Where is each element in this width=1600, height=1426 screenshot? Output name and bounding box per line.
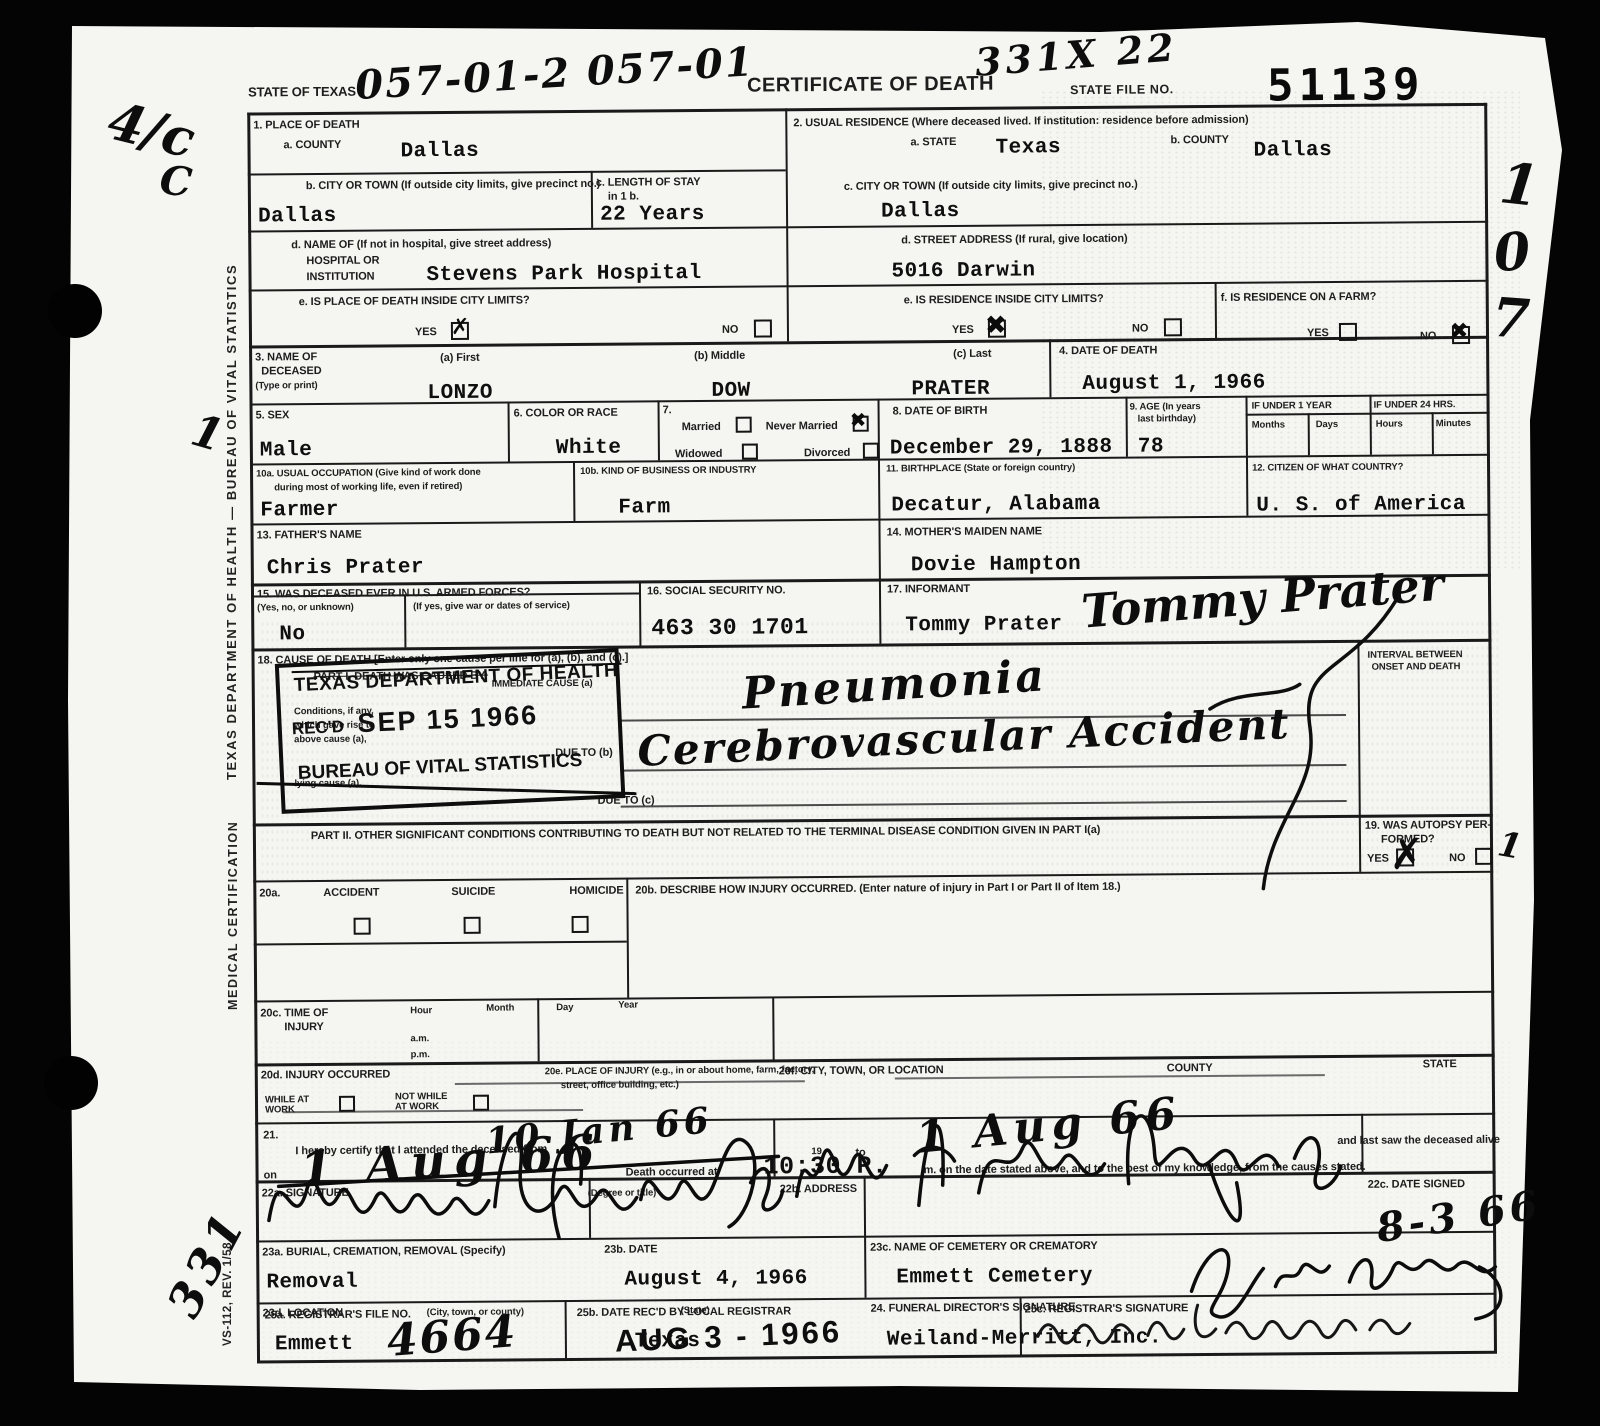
color-or-race-label: 6. COLOR OR RACE xyxy=(514,406,618,421)
armed-forces-value: No xyxy=(279,624,305,645)
mothers-maiden-name-label: 14. MOTHER'S MAIDEN NAME xyxy=(886,524,1042,540)
if-under-1-year-label: IF UNDER 1 YEAR xyxy=(1252,400,1332,413)
registrar-file-no-handwritten: 4664 xyxy=(385,1306,519,1367)
accident-checkbox xyxy=(354,918,371,935)
ssn-label: 16. SOCIAL SECURITY NO. xyxy=(647,583,786,598)
residence-city-limits-label: e. IS RESIDENCE INSIDE CITY LIMITS? xyxy=(904,292,1104,308)
residence-limits-no-label: NO xyxy=(1132,321,1148,335)
armed-forces-label: 15. WAS DECEASED EVER IN U.S. ARMED FORC… xyxy=(257,585,531,601)
married-checkbox xyxy=(736,417,752,433)
usual-occupation-label: 10a. USUAL OCCUPATION (Give kind of work… xyxy=(256,467,481,481)
residence-county-label: b. COUNTY xyxy=(1170,133,1229,148)
burial-date-value: August 4, 1966 xyxy=(624,1268,808,1290)
hospital-name-label-3: INSTITUTION xyxy=(306,270,374,285)
hospital-name-label: d. NAME OF (If not in hospital, give str… xyxy=(291,236,551,252)
death-limits-yes-mark: ✗ xyxy=(451,315,470,340)
cemetery-value: Emmett Cemetery xyxy=(896,1266,1093,1289)
married-label: Married xyxy=(682,420,721,435)
describe-injury-label: 20b. DESCRIBE HOW INJURY OCCURRED. (Ente… xyxy=(635,880,1120,898)
divorced-label: Divorced xyxy=(804,446,850,461)
widowed-checkbox xyxy=(742,444,758,460)
date-of-death-label: 4. DATE OF DEATH xyxy=(1059,343,1157,358)
birthplace-value: Decatur, Alabama xyxy=(891,494,1101,517)
citizen-label: 12. CITIZEN OF WHAT COUNTRY? xyxy=(1252,461,1403,475)
date-of-death-value: August 1, 1966 xyxy=(1082,373,1266,395)
stamp-date: SEP 15 1966 xyxy=(357,700,539,739)
residence-limits-yes-label: YES xyxy=(952,323,974,337)
place-county-value: Dallas xyxy=(400,141,479,163)
widowed-label: Widowed xyxy=(675,447,723,462)
county-label-1: a. COUNTY xyxy=(283,138,341,153)
street-address-label: d. STREET ADDRESS (If rural, give locati… xyxy=(901,232,1127,248)
time-of-injury-label: 20c. TIME OF xyxy=(260,1006,328,1021)
state-of-texas-label: STATE OF TEXAS xyxy=(248,84,356,102)
middle-name-value: DOW xyxy=(711,381,750,402)
cause-a-handwritten: Pneumonia xyxy=(740,650,1048,719)
last-name-label: (c) Last xyxy=(953,347,991,362)
homicide-checkbox xyxy=(572,916,589,933)
occupation-value: Farmer xyxy=(260,500,339,522)
race-value: White xyxy=(556,438,622,460)
vertical-medical-certification-label: MEDICAL CERTIFICATION xyxy=(226,800,240,1010)
residence-farm-label: f. IS RESIDENCE ON A FARM? xyxy=(1221,290,1377,306)
sex-label: 5. SEX xyxy=(256,408,290,423)
am-label: a.m. xyxy=(410,1033,429,1045)
never-married-label: Never Married xyxy=(766,419,838,434)
fathers-name-value: Chris Prater xyxy=(267,557,424,579)
citizen-value: U. S. of America xyxy=(1256,494,1466,517)
informant-label: 17. INFORMANT xyxy=(887,582,970,597)
business-value: Farm xyxy=(618,497,671,518)
first-name-label: (a) First xyxy=(440,351,480,366)
autopsy-no-label: NO xyxy=(1449,851,1465,865)
handwritten-107-digit: 7 xyxy=(1490,285,1532,351)
accident-label: ACCIDENT xyxy=(323,886,379,901)
farm-yes-label: YES xyxy=(1307,326,1329,340)
autopsy-no-checkbox xyxy=(1475,848,1492,865)
ssn-value: 463 30 1701 xyxy=(651,616,809,640)
punch-hole-bottom xyxy=(44,1056,98,1110)
marital-status-label: 7. xyxy=(663,403,672,417)
handwritten-registration-codes: 057-01-2 057-01 xyxy=(354,38,756,109)
scanned-death-certificate: 4/c C 1 1 0 7 1 331 TEXAS DEPARTMENT OF … xyxy=(0,0,1600,1426)
hospital-name-label-2: HOSPITAL OR xyxy=(306,254,379,269)
hours-label: Hours xyxy=(1376,418,1403,431)
item-20a-label: 20a. xyxy=(259,886,280,900)
residence-state-label: a. STATE xyxy=(910,135,956,150)
location-city-value: Emmett xyxy=(275,1334,354,1356)
vertical-dept-label: TEXAS DEPARTMENT OF HEALTH — BUREAU OF V… xyxy=(224,288,239,780)
pm-label: p.m. xyxy=(411,1049,430,1061)
place-of-death-label: 1. PLACE OF DEATH xyxy=(253,118,359,133)
date-of-birth-label: 8. DATE OF BIRTH xyxy=(893,404,988,419)
never-married-mark: ✖ xyxy=(850,408,867,432)
farm-yes-checkbox xyxy=(1339,323,1357,341)
death-limits-no-checkbox xyxy=(754,319,772,337)
suicide-label: SUICIDE xyxy=(451,885,495,900)
farm-no-label: NO xyxy=(1420,329,1436,343)
name-of-deceased-label-2: DECEASED xyxy=(261,364,321,379)
date-of-birth-value: December 29, 1888 xyxy=(890,437,1113,460)
kind-of-business-label: 10b. KIND OF BUSINESS OR INDUSTRY xyxy=(580,465,756,479)
length-of-stay-note: in 1 b. xyxy=(608,189,639,204)
punch-hole-top xyxy=(48,284,102,338)
hour-label: Hour xyxy=(410,1005,432,1018)
injury-state-label: STATE xyxy=(1423,1057,1457,1072)
registrar-signature-scrawl xyxy=(1030,1293,1450,1356)
age-value: 78 xyxy=(1138,436,1164,457)
state-file-number: 51139 xyxy=(1267,59,1425,111)
death-limits-yes-label: YES xyxy=(415,325,437,339)
usual-occupation-label-2: during most of working life, even if ret… xyxy=(274,481,462,495)
armed-forces-note1: (Yes, no, or unknown) xyxy=(257,602,354,615)
divorced-checkbox xyxy=(863,443,879,459)
day-label: Day xyxy=(556,1002,573,1014)
age-label: 9. AGE (In years xyxy=(1130,401,1201,414)
burial-removal-value: Removal xyxy=(266,1272,358,1294)
residence-state-value: Texas xyxy=(995,137,1061,159)
minutes-label: Minutes xyxy=(1436,418,1471,431)
death-limits-no-label: NO xyxy=(722,323,738,337)
handwritten-margin-c: C xyxy=(158,156,195,206)
part2-label: PART II. OTHER SIGNIFICANT CONDITIONS CO… xyxy=(311,823,1100,843)
handwritten-batch-number: 331X 22 xyxy=(973,24,1179,85)
year-label: Year xyxy=(618,1000,638,1012)
first-name-value: LONZO xyxy=(427,383,493,405)
pen-flourish-scrawl xyxy=(1149,587,1422,909)
birthplace-label: 11. BIRTHPLACE (State or foreign country… xyxy=(886,462,1075,476)
residence-city-value: Dallas xyxy=(881,201,960,223)
handwritten-107-digit: 1 xyxy=(1497,150,1543,220)
farm-no-mark: ✖ xyxy=(1450,319,1469,344)
if-under-24-hrs-label: IF UNDER 24 HRS. xyxy=(1374,399,1456,412)
city-or-town-label-1: b. CITY OR TOWN (If outside city limits,… xyxy=(306,177,601,194)
informant-value: Tommy Prater xyxy=(905,614,1062,636)
type-or-print-note: (Type or print) xyxy=(255,380,317,393)
homicide-label: HOMICIDE xyxy=(569,884,623,899)
fathers-name-label: 13. FATHER'S NAME xyxy=(256,528,361,543)
date-signed-label: 22c. DATE SIGNED xyxy=(1368,1177,1465,1192)
city-or-town-label-2: c. CITY OR TOWN (If outside city limits,… xyxy=(844,178,1138,195)
days-label: Days xyxy=(1316,419,1338,432)
month-label: Month xyxy=(486,1002,514,1015)
stamp-recd: REC'D xyxy=(291,717,344,739)
sex-value: Male xyxy=(260,440,313,461)
mothers-maiden-name-value: Dovie Hampton xyxy=(911,554,1081,576)
time-of-injury-label-2: INJURY xyxy=(284,1020,323,1035)
length-of-stay-value: 22 Years xyxy=(600,204,705,226)
usual-residence-label: 2. USUAL RESIDENCE (Where deceased lived… xyxy=(793,113,1248,131)
residence-limits-yes-mark: ✖ xyxy=(985,311,1007,341)
handwritten-107-digit: 0 xyxy=(1492,221,1532,284)
place-of-injury-label: 20e. PLACE OF INJURY (e.g., in or about … xyxy=(545,1064,814,1078)
injury-occurred-label: 20d. INJURY OCCURRED xyxy=(261,1067,391,1082)
residence-limits-no-checkbox xyxy=(1164,318,1182,336)
certificate-title: CERTIFICATE OF DEATH xyxy=(747,71,994,99)
last-name-value: PRATER xyxy=(911,379,990,401)
stamp-line-3: BUREAU OF VITAL STATISTICS xyxy=(297,750,582,785)
street-address-value: 5016 Darwin xyxy=(891,260,1035,282)
age-label-2: last birthday) xyxy=(1138,413,1196,426)
death-city-limits-label: e. IS PLACE OF DEATH INSIDE CITY LIMITS? xyxy=(299,293,530,309)
suicide-checkbox xyxy=(464,917,481,934)
residence-county-value: Dallas xyxy=(1253,140,1332,162)
hospital-value: Stevens Park Hospital xyxy=(426,263,701,286)
physician-signature-scrawl xyxy=(258,1086,789,1250)
months-label: Months xyxy=(1252,419,1285,432)
state-file-no-label: STATE FILE NO. xyxy=(1070,81,1174,98)
place-city-value: Dallas xyxy=(258,206,337,228)
length-of-stay-label: c. LENGTH OF STAY xyxy=(596,175,701,190)
name-of-deceased-label: 3. NAME OF xyxy=(255,350,317,365)
armed-forces-note2: (If yes, give war or dates of service) xyxy=(413,600,570,614)
middle-name-label: (b) Middle xyxy=(694,349,745,364)
